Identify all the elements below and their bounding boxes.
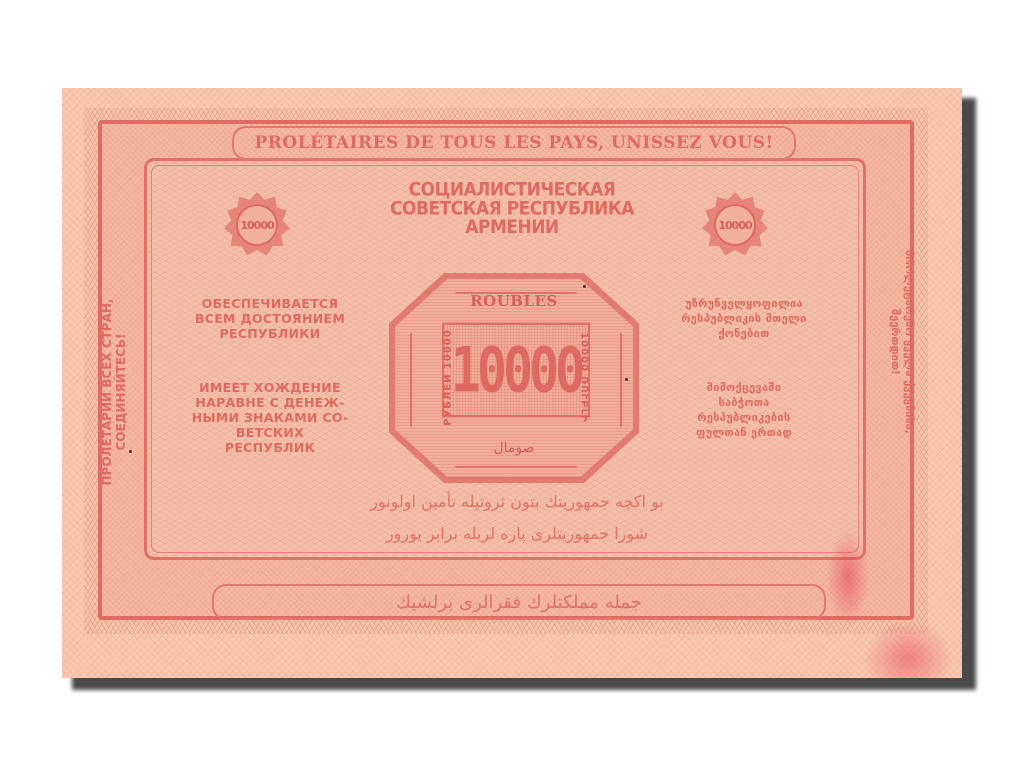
speck	[129, 450, 132, 453]
text-line: რესპუბლიკის მთელი	[654, 311, 834, 326]
text-line: ОБЕСПЕЧИВАЕТСЯ	[190, 296, 350, 311]
text-line: უზრუნველყოფილია	[654, 296, 834, 311]
left-circulation-text: ИМЕЕТ ХОЖДЕНИЕ НАРАВНЕ С ДЕНЕЖ- НЫМИ ЗНА…	[190, 380, 350, 455]
top-slogan-banner: PROLÉTAIRES DE TOUS LES PAYS, UNISSEZ VO…	[232, 126, 796, 160]
speck	[625, 378, 628, 381]
text-line: საბჭოთა	[654, 395, 834, 410]
rosette-value: 10000	[714, 204, 756, 246]
left-side-slogan: ПРОЛЕТАРИИ ВСЕХ СТРАН, СОЕДИНЯЙТЕСЬ!	[100, 252, 128, 532]
arabic-line-1: ﺑﻮ ﺍﻛﭽﻪ ﺟﻤﻬﻮﺭﻳﺘﻚ ﺑﺘﻮﻥ ﺛﺮﻭﺗﻴﻠﻪ ﺗﺄﻣﻴﻦ ﺍﻭﻟﻮ…	[212, 492, 822, 511]
text-line: მიმოქცევაში	[654, 380, 834, 395]
speck	[583, 285, 586, 288]
arabic-line-2: ﺷﻮﺭﺍ ﺟﻤﻬﻮﺭﻳﺘﻠﺮﻯ ﭘﺎﺭﻩ ﻟﺮﻳﻠﻪ ﺑﺮﺍﺑﺮ ﻳﻮﺭﻭﺭ	[212, 524, 822, 543]
rosette-left: 10000	[224, 192, 290, 258]
text-line: რესპუბლიკების	[654, 410, 834, 425]
rosette-right: 10000	[702, 192, 768, 258]
text-line: ქონებით	[654, 326, 834, 341]
octagon-right-text: 10000 ՌՈՒԲԼԻ	[579, 308, 590, 448]
ink-stain	[818, 528, 958, 678]
right-circulation-text: მიმოქცევაში საბჭოთა რესპუბლიკების ფულთან…	[654, 380, 834, 440]
rosette-value: 10000	[236, 204, 278, 246]
text-line: ВСЕМ ДОСТОЯНИЕМ	[190, 311, 350, 326]
text-line: ПРОЛЕТАРИИ ВСЕХ СТРАН,	[100, 252, 114, 532]
banknote: PROLÉTAIRES DE TOUS LES PAYS, UNISSEZ VO…	[62, 88, 962, 678]
octagon-bottom-script: ﺻﻮﻣﺎﻝ	[462, 440, 566, 456]
text-line: РЕСПУБЛИКИ	[190, 326, 350, 341]
text-line: НАРАВНЕ С ДЕНЕЖ-	[190, 395, 350, 410]
denomination: 10000	[442, 323, 590, 418]
issuer-title: СОЦИАЛИСТИЧЕСКАЯ СОВЕТСКАЯ РЕСПУБЛИКА АР…	[332, 181, 692, 237]
text-line: ВЕТСКИХ РЕСПУБЛИК	[190, 425, 350, 455]
octagon-left-text: РУБЛЕЙ 10000	[443, 308, 454, 448]
text-line: პროლეტარებო ყველა ქვეყნისა,	[902, 202, 916, 482]
left-guarantee-text: ОБЕСПЕЧИВАЕТСЯ ВСЕМ ДОСТОЯНИЕМ РЕСПУБЛИК…	[190, 296, 350, 341]
text-line: ИМЕЕТ ХОЖДЕНИЕ	[190, 380, 350, 395]
right-side-slogan: პროლეტარებო ყველა ქვეყნისა, შეერთდით!	[888, 202, 916, 482]
text-line: შეერთდით!	[888, 202, 902, 482]
bottom-slogan-banner: ﺟﻤﻠﻪ ﻣﻤﻠﻜﺘﻠﺮﻙ ﻓﻘﺮﺍﻟﺮﻯ ﺑﺮﻟﺸﻴﻚ	[212, 584, 826, 620]
top-slogan: PROLÉTAIRES DE TOUS LES PAYS, UNISSEZ VO…	[254, 133, 773, 153]
text-line: НЫМИ ЗНАКАМИ СО-	[190, 410, 350, 425]
text-line: ფულთან ერთად	[654, 425, 834, 440]
currency-label: ROUBLES	[462, 292, 566, 310]
bottom-slogan: ﺟﻤﻠﻪ ﻣﻤﻠﻜﺘﻠﺮﻙ ﻓﻘﺮﺍﻟﺮﻯ ﺑﺮﻟﺸﻴﻚ	[396, 592, 642, 613]
text-line: СОЕДИНЯЙТЕСЬ!	[114, 252, 128, 532]
right-guarantee-text: უზრუნველყოფილია რესპუბლიკის მთელი ქონები…	[654, 296, 834, 341]
title-line: АРМЕНИИ	[332, 219, 692, 238]
